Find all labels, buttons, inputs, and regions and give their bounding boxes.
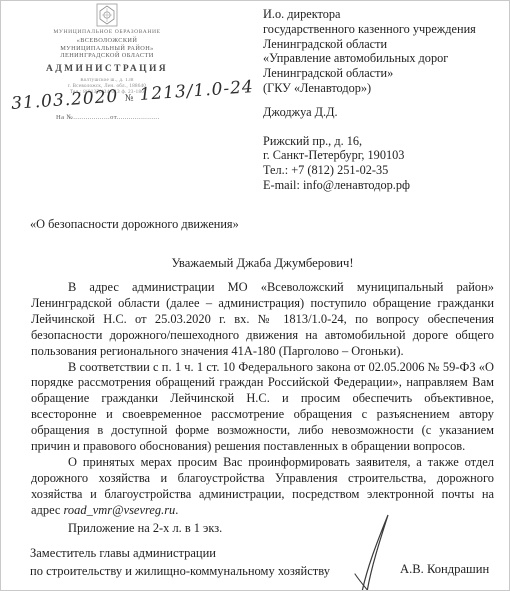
signatory-name: А.В. Кондрашин: [400, 562, 489, 577]
coat-of-arms-icon: [96, 3, 118, 27]
paragraph-3: О принятых мерах просим Вас проинформиро…: [31, 455, 494, 519]
paragraph-2: В соответствии с п. 1 ч. 1 ст. 10 Федера…: [31, 360, 494, 455]
letterhead-municipality-line: МУНИЦИПАЛЬНОЕ ОБРАЗОВАНИЕ: [23, 29, 191, 35]
address-line: Тел.: +7 (812) 251-02-35: [263, 163, 476, 178]
letter-subject: «О безопасности дорожного движения»: [30, 217, 239, 232]
recipient-line: государственного казенного учреждения: [263, 22, 476, 37]
paragraph-1: В адрес администрации МО «Всеволожский м…: [31, 280, 494, 360]
recipient-line: (ГКУ «Ленавтодор»): [263, 81, 476, 96]
letterhead-org-name: «ВСЕВОЛОЖСКИЙ МУНИЦИПАЛЬНЫЙ РАЙОН» ЛЕНИН…: [23, 37, 191, 60]
attachment-note: Приложение на 2-х л. в 1 экз.: [31, 521, 494, 536]
recipient-line: Ленинградской области»: [263, 66, 476, 81]
recipient-person: Джоджуа Д.Д.: [263, 105, 476, 120]
salutation: Уважаемый Джаба Джумберович!: [31, 256, 494, 271]
address-line: г. Санкт-Петербург, 190103: [263, 148, 476, 163]
scanned-letter-page: МУНИЦИПАЛЬНОЕ ОБРАЗОВАНИЕ «ВСЕВОЛОЖСКИЙ …: [0, 0, 510, 591]
number-sign: №: [125, 93, 134, 104]
email-address: road_vmr@vsevreg.ru: [64, 503, 176, 517]
letter-body: В адрес администрации МО «Всеволожский м…: [31, 280, 494, 519]
address-line: Рижский пр., д. 16,: [263, 134, 476, 149]
incoming-ref-line: На №..................от................…: [56, 114, 160, 121]
recipient-block: И.о. директора государственного казенног…: [263, 7, 476, 193]
signatory-title: Заместитель главы администрации по строи…: [30, 545, 330, 580]
recipient-line: И.о. директора: [263, 7, 476, 22]
recipient-line: «Управление автомобильных дорог: [263, 51, 476, 66]
letterhead-administration-title: АДМИНИСТРАЦИЯ: [23, 64, 191, 74]
recipient-line: Ленинградской области: [263, 37, 476, 52]
handwritten-signature-icon: [353, 510, 401, 591]
recipient-address: Рижский пр., д. 16, г. Санкт-Петербург, …: [263, 134, 476, 193]
letterhead: МУНИЦИПАЛЬНОЕ ОБРАЗОВАНИЕ «ВСЕВОЛОЖСКИЙ …: [23, 1, 191, 96]
address-line: E-mail: info@ленавтодор.рф: [263, 178, 476, 193]
